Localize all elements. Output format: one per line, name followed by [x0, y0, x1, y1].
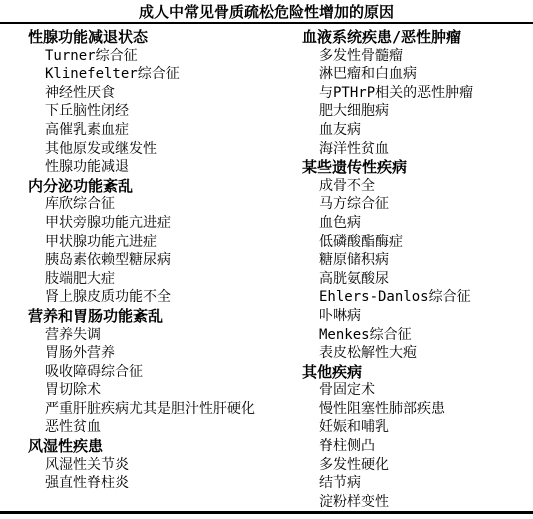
section-header: 其他疾病 [266, 363, 533, 382]
list-item: 妊娠和哺乳 [266, 418, 533, 437]
bottom-rule [0, 511, 533, 514]
list-item: 结节病 [266, 474, 533, 493]
section-header: 营养和胃肠功能紊乱 [0, 307, 266, 326]
list-item: Menkes综合征 [266, 326, 533, 345]
list-item: 淀粉样变性 [266, 493, 533, 512]
right-column: 血液系统疾患/恶性肿瘤多发性骨髓瘤淋巴瘤和白血病与PTHrP相关的恶性肿瘤肥大细… [266, 28, 533, 511]
left-column: 性腺功能减退状态Turner综合征Klinefelter综合征神经性厌食下丘脑性… [0, 28, 266, 511]
list-item: Turner综合征 [0, 47, 266, 66]
list-item: 甲状腺功能亢进症 [0, 233, 266, 252]
list-item: 肾上腺皮质功能不全 [0, 288, 266, 307]
section-header: 血液系统疾患/恶性肿瘤 [266, 28, 533, 47]
list-item: 胃肠外营养 [0, 344, 266, 363]
list-item: 下丘脑性闭经 [0, 102, 266, 121]
list-item: 卟啉病 [266, 307, 533, 326]
list-item: 库欣综合征 [0, 195, 266, 214]
list-item: 表皮松解性大疱 [266, 344, 533, 363]
list-item: 糖原储积病 [266, 251, 533, 270]
list-item: 成骨不全 [266, 177, 533, 196]
list-item: 血友病 [266, 121, 533, 140]
table-body: 性腺功能减退状态Turner综合征Klinefelter综合征神经性厌食下丘脑性… [0, 24, 533, 511]
list-item: 强直性脊柱炎 [0, 474, 266, 493]
list-item: 高催乳素血症 [0, 121, 266, 140]
section-header: 某些遗传性疾病 [266, 158, 533, 177]
list-item: 胃切除术 [0, 381, 266, 400]
list-item: 与PTHrP相关的恶性肿瘤 [266, 84, 533, 103]
list-item: 吸收障碍综合征 [0, 363, 266, 382]
list-item: 脊柱侧凸 [266, 437, 533, 456]
list-item: Klinefelter综合征 [0, 65, 266, 84]
page-title: 成人中常见骨质疏松危险性增加的原因 [0, 0, 533, 20]
list-item: 营养失调 [0, 326, 266, 345]
page-root: 成人中常见骨质疏松危险性增加的原因 性腺功能减退状态Turner综合征Kline… [0, 0, 533, 519]
list-item: 多发性硬化 [266, 456, 533, 475]
section-header: 风湿性疾患 [0, 437, 266, 456]
section-header: 性腺功能减退状态 [0, 28, 266, 47]
list-item: 淋巴瘤和白血病 [266, 65, 533, 84]
list-item: 性腺功能减退 [0, 158, 266, 177]
list-item: Ehlers-Danlos综合征 [266, 288, 533, 307]
list-item: 胰岛素依赖型糖尿病 [0, 251, 266, 270]
list-item: 肥大细胞病 [266, 102, 533, 121]
section-header: 内分泌功能紊乱 [0, 177, 266, 196]
list-item: 多发性骨髓瘤 [266, 47, 533, 66]
list-item: 恶性贫血 [0, 418, 266, 437]
list-item: 血色病 [266, 214, 533, 233]
list-item: 其他原发或继发性 [0, 140, 266, 159]
list-item: 肢端肥大症 [0, 270, 266, 289]
list-item: 马方综合征 [266, 195, 533, 214]
list-item: 神经性厌食 [0, 84, 266, 103]
list-item: 慢性阻塞性肺部疾患 [266, 400, 533, 419]
list-item: 风湿性关节炎 [0, 456, 266, 475]
list-item: 甲状旁腺功能亢进症 [0, 214, 266, 233]
list-item: 高胱氨酸尿 [266, 270, 533, 289]
list-item: 低磷酸酯酶症 [266, 233, 533, 252]
list-item: 严重肝脏疾病尤其是胆汁性肝硬化 [0, 400, 266, 419]
list-item: 骨固定术 [266, 381, 533, 400]
list-item: 海洋性贫血 [266, 140, 533, 159]
